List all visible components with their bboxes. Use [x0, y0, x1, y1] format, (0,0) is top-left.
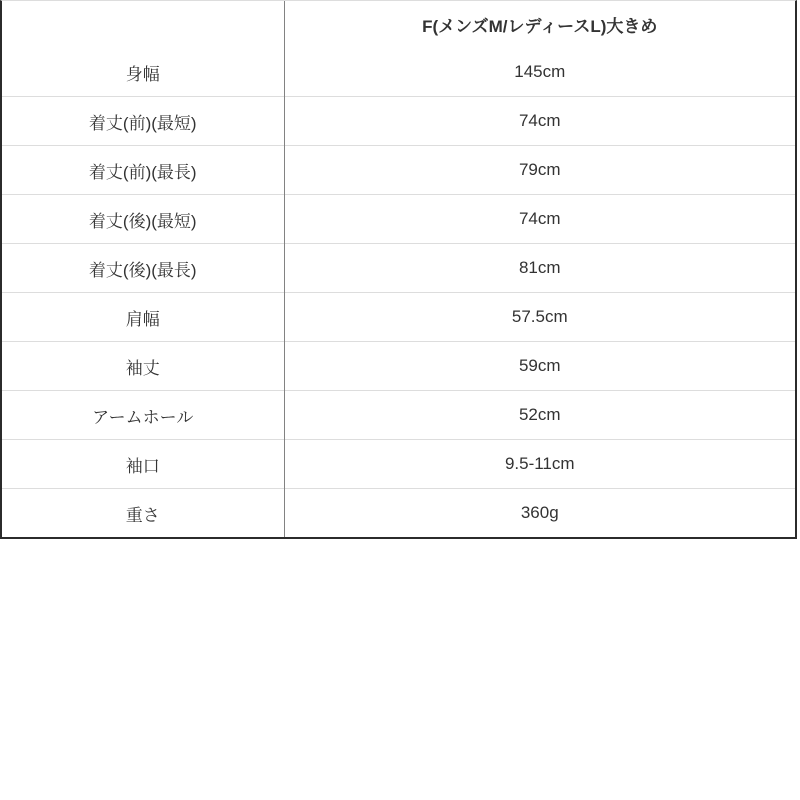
header-row: F(メンズM/レディースL)大きめ — [2, 1, 795, 48]
table-row: 着丈(後)(最長) 81cm — [2, 244, 795, 293]
page-canvas: F(メンズM/レディースL)大きめ 身幅 145cm 着丈(前)(最短) 74c… — [0, 0, 800, 800]
row-label: 袖口 — [2, 440, 284, 489]
row-value: 360g — [284, 489, 795, 538]
row-label: 重さ — [2, 489, 284, 538]
row-value: 52cm — [284, 391, 795, 440]
table-row: 着丈(前)(最短) 74cm — [2, 97, 795, 146]
size-table: F(メンズM/レディースL)大きめ 身幅 145cm 着丈(前)(最短) 74c… — [2, 1, 795, 537]
table-row: 重さ 360g — [2, 489, 795, 538]
table-row: 袖丈 59cm — [2, 342, 795, 391]
header-corner-cell — [2, 1, 284, 48]
size-table-frame: F(メンズM/レディースL)大きめ 身幅 145cm 着丈(前)(最短) 74c… — [0, 0, 797, 539]
header-size-cell: F(メンズM/レディースL)大きめ — [284, 1, 795, 48]
row-label: アームホール — [2, 391, 284, 440]
table-row: アームホール 52cm — [2, 391, 795, 440]
row-value: 9.5-11cm — [284, 440, 795, 489]
row-label: 着丈(前)(最短) — [2, 97, 284, 146]
table-row: 着丈(後)(最短) 74cm — [2, 195, 795, 244]
row-label: 肩幅 — [2, 293, 284, 342]
row-label: 着丈(後)(最短) — [2, 195, 284, 244]
table-row: 袖口 9.5-11cm — [2, 440, 795, 489]
table-row: 肩幅 57.5cm — [2, 293, 795, 342]
row-value: 57.5cm — [284, 293, 795, 342]
row-label: 身幅 — [2, 48, 284, 97]
row-label: 袖丈 — [2, 342, 284, 391]
row-value: 74cm — [284, 97, 795, 146]
row-label: 着丈(後)(最長) — [2, 244, 284, 293]
row-label: 着丈(前)(最長) — [2, 146, 284, 195]
row-value: 74cm — [284, 195, 795, 244]
row-value: 145cm — [284, 48, 795, 97]
table-row: 身幅 145cm — [2, 48, 795, 97]
row-value: 59cm — [284, 342, 795, 391]
row-value: 79cm — [284, 146, 795, 195]
table-row: 着丈(前)(最長) 79cm — [2, 146, 795, 195]
row-value: 81cm — [284, 244, 795, 293]
